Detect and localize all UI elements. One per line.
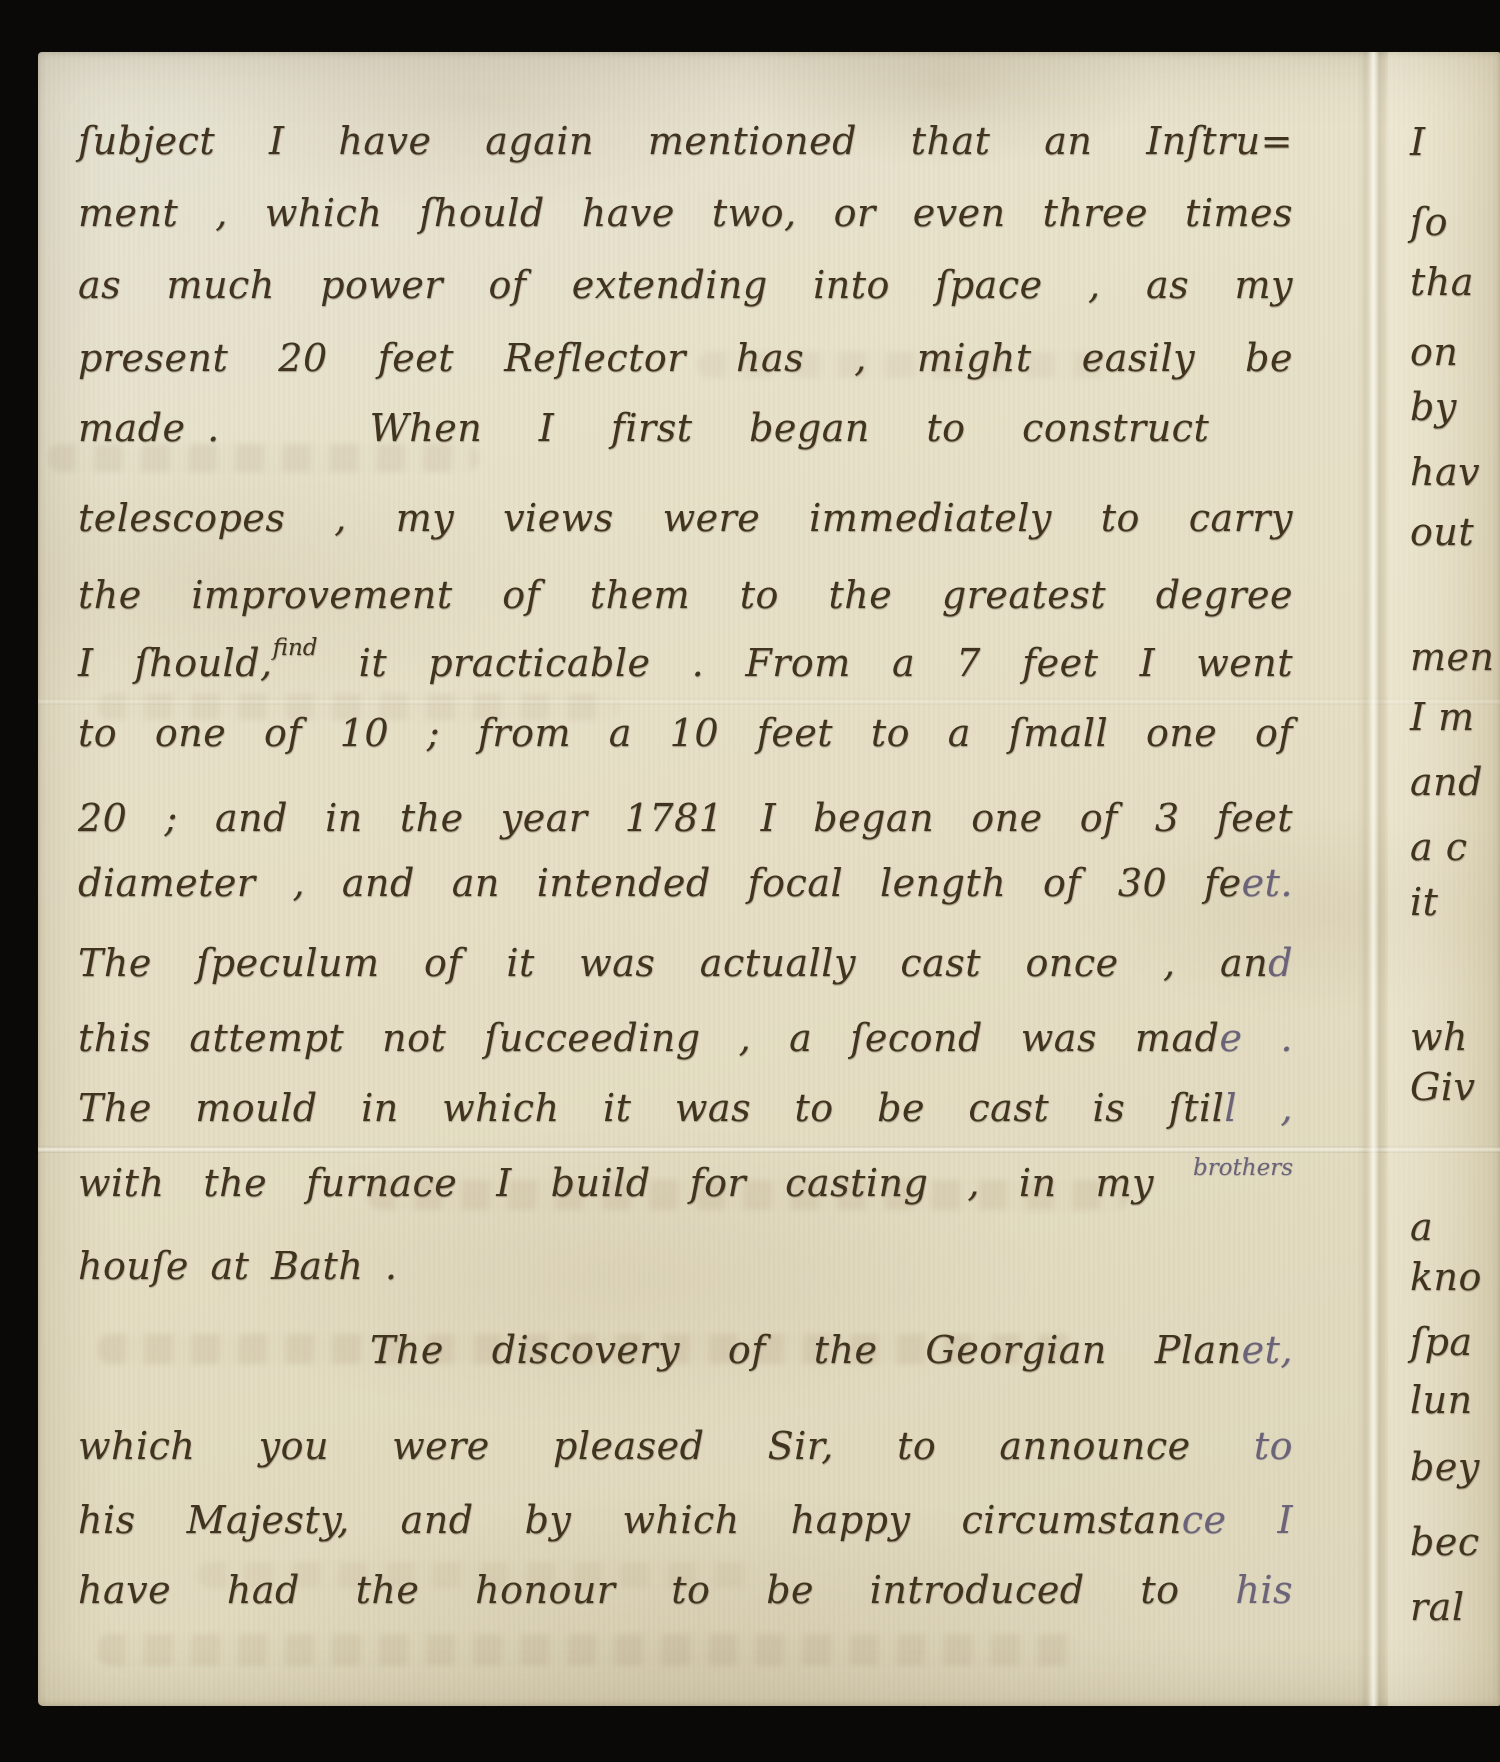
manuscript-text: et, [1242, 1328, 1293, 1372]
manuscript-text: his [1235, 1568, 1293, 1612]
adjacent-page-fragment: and [1410, 760, 1483, 804]
page-fold-crease [1358, 52, 1388, 1706]
photo-background: ſubject I have again mentioned that an I… [0, 0, 1500, 1762]
adjacent-page-fragment: I [1410, 120, 1426, 164]
adjacent-page-fragment: bec [1410, 1520, 1480, 1564]
adjacent-page-fragment: I m [1410, 695, 1475, 739]
manuscript-text: I ſhould, [78, 641, 273, 685]
adjacent-page-fragment: men [1410, 635, 1495, 679]
manuscript-line: 20 ; and in the year 1781 I began one of… [78, 795, 1293, 843]
adjacent-page-fragment: ſo [1410, 200, 1448, 244]
manuscript-text: telescopes , my views were immediately t… [78, 496, 1293, 540]
manuscript-line: The discovery of the Georgian Planet, [370, 1327, 1293, 1375]
manuscript-line: The mould in which it was to be cast is … [78, 1085, 1293, 1133]
adjacent-page-fragment: hav [1410, 450, 1480, 494]
manuscript-line: which you were pleased Sir, to announce … [78, 1423, 1293, 1471]
manuscript-text: with the furnace I build for casting , i… [78, 1161, 1193, 1205]
manuscript-line: as much power of extending into ſpace , … [78, 262, 1293, 310]
manuscript-text: diameter , and an intended focal length … [78, 861, 1242, 905]
manuscript-line: present 20 feet Reflector has , might ea… [78, 335, 1293, 383]
manuscript-text: which you were pleased Sir, to announce [78, 1424, 1254, 1468]
manuscript-text: l , [1224, 1086, 1293, 1130]
adjacent-page-fragment: ral [1410, 1585, 1464, 1629]
manuscript-text: ce I [1182, 1498, 1293, 1542]
manuscript-text: have had the honour to be introduced to [78, 1568, 1235, 1612]
adjacent-page-fragment: on [1410, 330, 1458, 374]
adjacent-page-fragment: wh [1410, 1015, 1468, 1059]
manuscript-line: ment , which ſhould have two, or even th… [78, 190, 1293, 238]
manuscript-line: The ſpeculum of it was actually cast onc… [78, 940, 1293, 988]
adjacent-page-fragment: ſpa [1410, 1320, 1473, 1364]
adjacent-page-fragment: Giv [1410, 1065, 1475, 1109]
manuscript-lines: ſubject I have again mentioned that an I… [38, 52, 1500, 1706]
manuscript-text: et. [1242, 861, 1293, 905]
adjacent-page-fragment: it [1410, 880, 1438, 924]
adjacent-page-fragment: by [1410, 385, 1457, 429]
adjacent-page-fragment: lun [1410, 1378, 1473, 1422]
adjacent-page-column: IſothaonbyhavoutmenI manda citwhGivaknoſ… [1410, 52, 1500, 1706]
manuscript-text: to one of 10 ; from a 10 feet to a ſmall… [78, 711, 1293, 755]
word-gap [220, 440, 370, 441]
manuscript-text: ſubject I have again mentioned that an I… [78, 119, 1293, 163]
manuscript-line: have had the honour to be introduced to … [78, 1567, 1293, 1615]
manuscript-line: houſe at Bath . [78, 1243, 1293, 1291]
manuscript-text: as much power of extending into ſpace , … [78, 263, 1293, 307]
manuscript-line: this attempt not ſucceeding , a ſecond w… [78, 1015, 1293, 1063]
manuscript-text: e . [1219, 1016, 1293, 1060]
manuscript-page: ſubject I have again mentioned that an I… [38, 52, 1500, 1706]
manuscript-text: this attempt not ſucceeding , a ſecond w… [78, 1016, 1219, 1060]
manuscript-text: The ſpeculum of it was actually cast onc… [78, 941, 1268, 985]
manuscript-text: made . [78, 406, 220, 450]
adjacent-page-fragment: bey [1410, 1445, 1480, 1489]
manuscript-text: When I first began to construct [370, 406, 1210, 450]
manuscript-line: ſubject I have again mentioned that an I… [78, 118, 1293, 166]
manuscript-line: made .When I first began to construct [78, 405, 1293, 453]
adjacent-page-fragment: out [1410, 510, 1474, 554]
manuscript-line: with the furnace I build for casting , i… [78, 1160, 1293, 1208]
adjacent-page-fragment: kno [1410, 1255, 1482, 1299]
manuscript-text: The discovery of the Georgian Plan [370, 1328, 1242, 1372]
manuscript-line: diameter , and an intended focal length … [78, 860, 1293, 908]
manuscript-text: The mould in which it was to be cast is … [78, 1086, 1224, 1130]
adjacent-page-fragment: a c [1410, 825, 1468, 869]
inserted-word: find [273, 635, 318, 661]
manuscript-text: it practicable . From a 7 feet I went [318, 641, 1294, 685]
manuscript-text: d [1268, 941, 1293, 985]
manuscript-text: the improvement of them to the greatest … [78, 573, 1293, 617]
manuscript-text: to [1254, 1424, 1293, 1468]
adjacent-page-fragment: tha [1410, 260, 1474, 304]
manuscript-line: the improvement of them to the greatest … [78, 572, 1293, 620]
manuscript-text: ment , which ſhould have two, or even th… [78, 191, 1293, 235]
manuscript-text: present 20 feet Reflector has , might ea… [78, 336, 1293, 380]
manuscript-line: I ſhould,find it practicable . From a 7 … [78, 640, 1293, 688]
manuscript-line: to one of 10 ; from a 10 feet to a ſmall… [78, 710, 1293, 758]
manuscript-line: telescopes , my views were immediately t… [78, 495, 1293, 543]
manuscript-line: his Majesty, and by which happy circumst… [78, 1497, 1293, 1545]
manuscript-text: 20 ; and in the year 1781 I began one of… [78, 796, 1293, 840]
adjacent-page-fragment: a [1410, 1205, 1433, 1249]
inserted-word: brothers [1193, 1155, 1293, 1181]
manuscript-text: his Majesty, and by which happy circumst… [78, 1498, 1182, 1542]
manuscript-text: houſe at Bath . [78, 1244, 397, 1288]
